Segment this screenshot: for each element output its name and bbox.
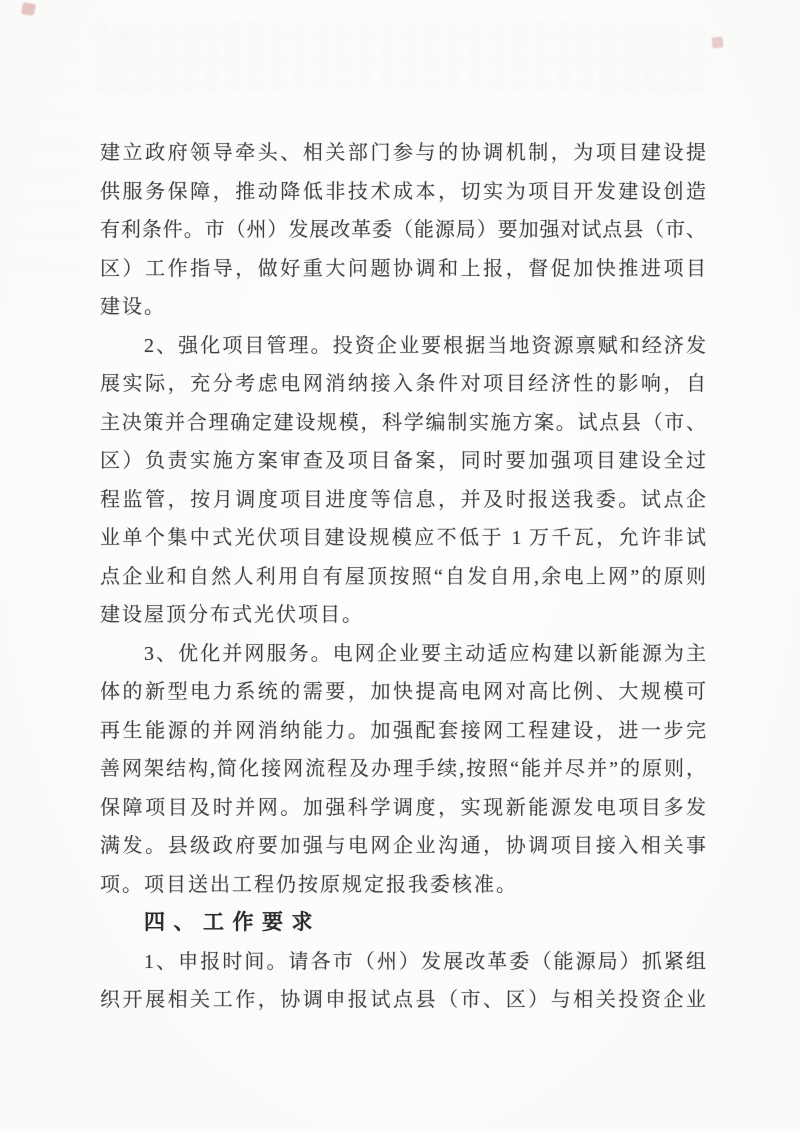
section-heading: 四、工作要求: [100, 904, 706, 943]
text-line: 体的新型电力系统的需要，加快提高电网对高比例、大规模可: [100, 673, 706, 712]
text-line: 点企业和自然人利用自有屋顶按照“自发自用,余电上网”的原则: [100, 558, 706, 597]
text-line: 业单个集中式光伏项目建设规模应不低于 1 万千瓦，允许非试: [100, 519, 706, 558]
text-line: 满发。县级政府要加强与电网企业沟通，协调项目接入相关事: [100, 827, 706, 866]
text-line: 区）负责实施方案审查及项目备案，同时要加强项目建设全过: [100, 442, 706, 481]
text-line: 建设。: [100, 288, 706, 327]
text-line: 程监管，按月调度项目进度等信息，并及时报送我委。试点企: [100, 481, 706, 520]
scanned-document-page: { "page": { "background": "#fdfdfc", "te…: [0, 0, 800, 1131]
text-line: 供服务保障，推动降低非技术成本，切实为项目开发建设创造: [100, 173, 706, 212]
text-line: 善网架结构,简化接网流程及办理手续,按照“能并尽并”的原则，: [100, 750, 706, 789]
text-line: 展实际，充分考虑电网消纳接入条件对项目经济性的影响，自: [100, 365, 706, 404]
text-line: 织开展相关工作，协调申报试点县（市、区）与相关投资企业: [100, 981, 706, 1020]
text-line: 建设屋顶分布式光伏项目。: [100, 596, 706, 635]
text-line: 3、优化并网服务。电网企业要主动适应构建以新能源为主: [100, 635, 706, 674]
ink-bleedthrough-left: [12, 10, 82, 270]
text-line: 建立政府领导牵头、相关部门参与的协调机制，为项目建设提: [100, 134, 706, 173]
document-text-block: 建立政府领导牵头、相关部门参与的协调机制，为项目建设提 供服务保障，推动降低非技…: [100, 134, 706, 1020]
ink-bleedthrough-top: [95, 22, 710, 92]
text-line: 2、强化项目管理。投资企业要根据当地资源禀赋和经济发: [100, 327, 706, 366]
text-line: 项。项目送出工程仍按原规定报我委核准。: [100, 866, 706, 905]
text-line: 有利条件。市（州）发展改革委（能源局）要加强对试点县（市、: [100, 211, 706, 250]
text-line: 1、申报时间。请各市（州）发展改革委（能源局）抓紧组: [100, 943, 706, 982]
scan-artifact-red-speck-left: [21, 2, 36, 16]
text-line: 保障项目及时并网。加强科学调度，实现新能源发电项目多发: [100, 789, 706, 828]
text-line: 主决策并合理确定建设规模，科学编制实施方案。试点县（市、: [100, 404, 706, 443]
text-line: 再生能源的并网消纳能力。加强配套接网工程建设，进一步完: [100, 712, 706, 751]
text-line: 区）工作指导，做好重大问题协调和上报，督促加快推进项目: [100, 250, 706, 289]
scan-artifact-red-speck-right: [711, 36, 723, 48]
